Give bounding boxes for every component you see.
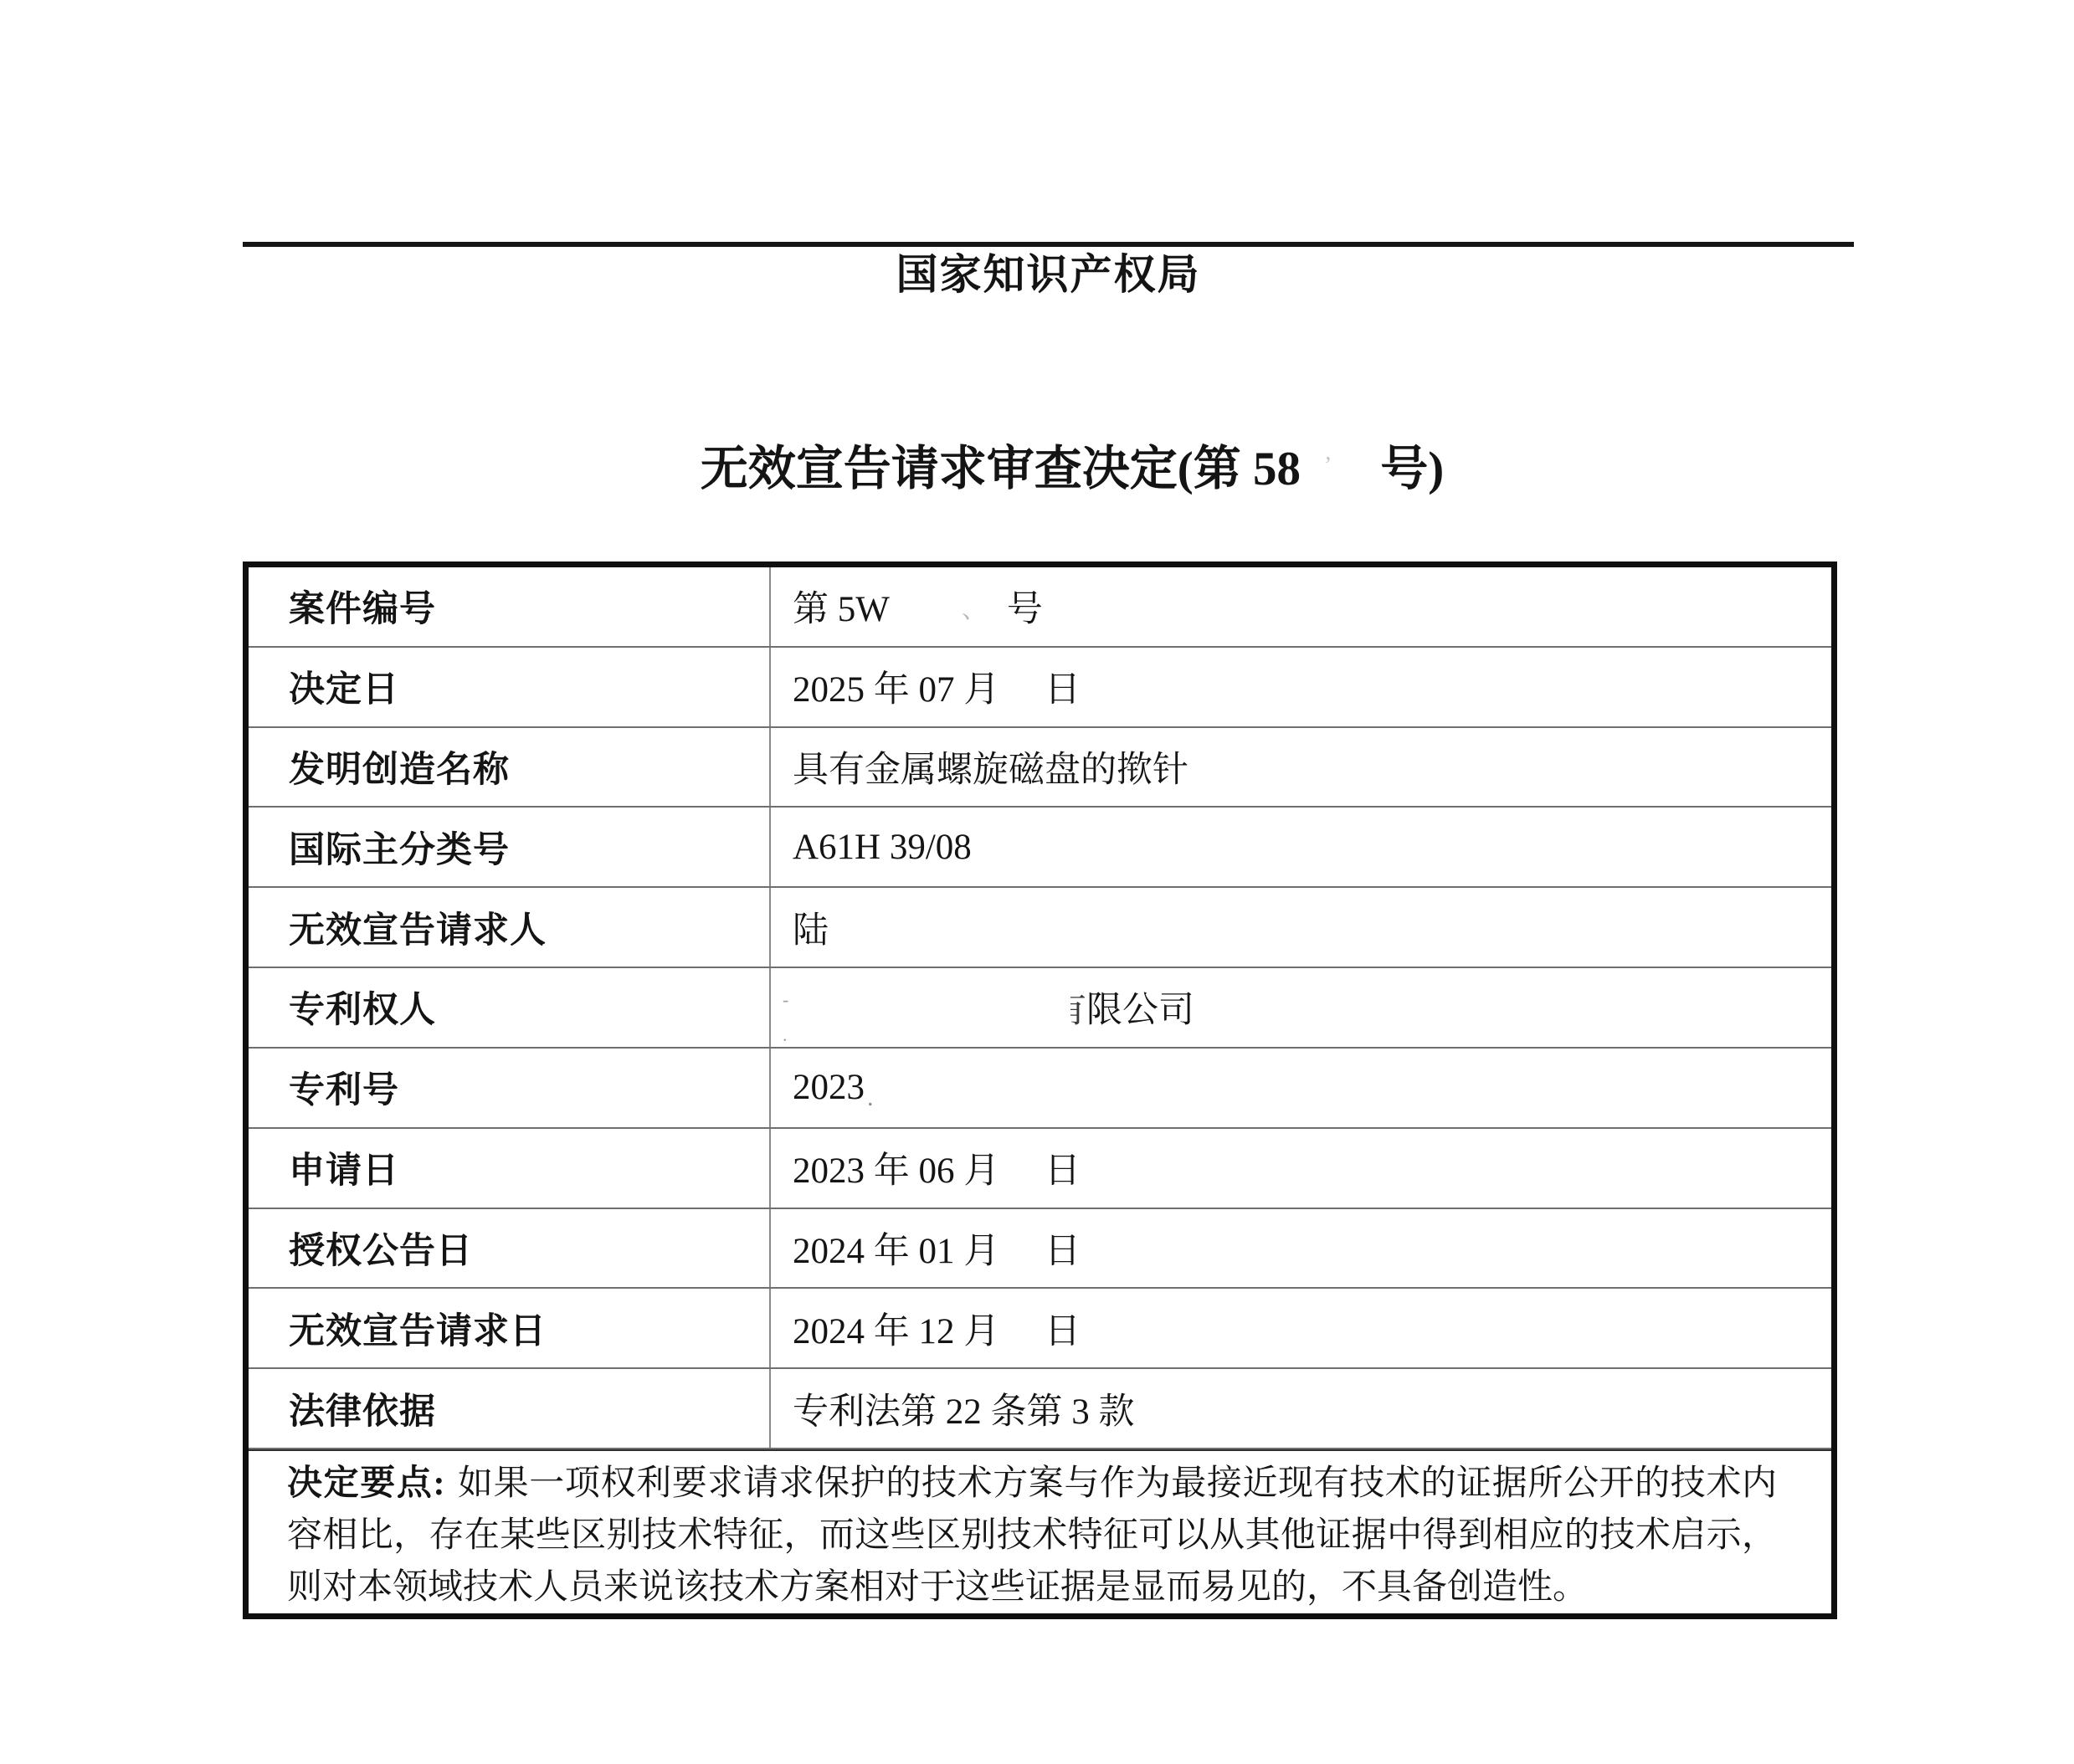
- table-row-filing-date: 申请日 2023 年 06 月 日: [249, 1129, 1831, 1209]
- keypoint-label: 决定要点:: [287, 1464, 445, 1503]
- table-row-keypoint: 决定要点:如果一项权利要求请求保护的技术方案与作为最接近现有技术的证据所公开的技…: [249, 1449, 1831, 1613]
- decision-title-suffix: 号): [1380, 443, 1444, 495]
- row-value: 2023 年 06 月 日: [769, 1129, 1831, 1208]
- case-number-suffix: 号: [1007, 581, 1043, 632]
- table-row-ipc-class: 国际主分类号 A61H 39/08: [249, 808, 1831, 888]
- row-label: 专利权人: [249, 968, 769, 1047]
- table-row-patent-number: 专利号 2023.: [249, 1049, 1831, 1129]
- row-label: 决定日: [249, 648, 769, 726]
- keypoint-text: 如果一项权利要求请求保护的技术方案与作为最接近现有技术的证据所公开的技术内容相比…: [287, 1464, 1777, 1607]
- row-value: 专利法第 22 条第 3 款: [769, 1369, 1831, 1448]
- decision-title: 无效宣告请求审查决定(第 58’号): [243, 373, 1854, 562]
- row-label: 案件编号: [249, 567, 769, 646]
- row-label: 无效宣告请求日: [249, 1289, 769, 1367]
- row-label: 授权公告日: [249, 1209, 769, 1288]
- row-value: 2023.: [769, 1049, 1831, 1127]
- case-number-prefix: 第 5W: [793, 581, 890, 632]
- table-row-case-number: 案件编号 第 5W、号: [249, 567, 1831, 648]
- row-value: 第 5W、号: [769, 567, 1831, 646]
- redaction-remnant-mark: -: [783, 993, 788, 1007]
- row-label: 国际主分类号: [249, 808, 769, 886]
- row-label: 法律依据: [249, 1369, 769, 1448]
- patent-number-redaction-dot: .: [867, 1069, 874, 1127]
- row-value: 2024 年 01 月 日: [769, 1209, 1831, 1288]
- row-value: 陆: [769, 888, 1831, 967]
- patentee-name-visible: 限公司: [1086, 991, 1194, 1030]
- table-row-decision-date: 决定日 2025 年 07 月 日: [249, 648, 1831, 728]
- row-value: 2024 年 12 月 日: [769, 1289, 1831, 1367]
- decision-title-prefix: 无效宣告请求审查决定(第 58: [701, 443, 1301, 495]
- row-value: 2025 年 07 月 日: [769, 648, 1831, 726]
- patentee-name: 有限公司: [1070, 982, 1194, 1033]
- agency-title: 国家知识产权局: [243, 249, 1854, 300]
- row-label: 申请日: [249, 1129, 769, 1208]
- header-divider-rule: [243, 242, 1854, 247]
- table-row-legal-basis: 法律依据 专利法第 22 条第 3 款: [249, 1369, 1831, 1449]
- table-row-request-date: 无效宣告请求日 2024 年 12 月 日: [249, 1289, 1831, 1369]
- patentee-partial-char: 有: [1070, 982, 1086, 1033]
- document-page: 国家知识产权局 无效宣告请求审查决定(第 58’号) 案件编号 第 5W、号 决…: [0, 0, 2074, 1764]
- row-value: 具有金属螺旋磁盘的揿针: [769, 728, 1831, 807]
- table-row-petitioner: 无效宣告请求人 陆: [249, 888, 1831, 968]
- case-number-redaction-mark: 、: [962, 588, 987, 625]
- row-value: - . 有限公司: [769, 968, 1831, 1047]
- patentee-redaction-remnants: - .: [783, 993, 788, 1042]
- table-row-grant-date: 授权公告日 2024 年 01 月 日: [249, 1209, 1831, 1290]
- row-label: 专利号: [249, 1049, 769, 1127]
- patent-number-visible: 2023: [793, 1067, 865, 1108]
- decision-number-redaction-mark: ’: [1324, 453, 1332, 479]
- row-value: A61H 39/08: [769, 808, 1831, 886]
- redaction-remnant-mark: .: [783, 1028, 788, 1042]
- row-label: 发明创造名称: [249, 728, 769, 807]
- table-row-invention-title: 发明创造名称 具有金属螺旋磁盘的揿针: [249, 728, 1831, 808]
- table-row-patentee: 专利权人 - . 有限公司: [249, 968, 1831, 1049]
- decision-info-table: 案件编号 第 5W、号 决定日 2025 年 07 月 日 发明创造名称 具有金…: [243, 562, 1837, 1619]
- row-label: 无效宣告请求人: [249, 888, 769, 967]
